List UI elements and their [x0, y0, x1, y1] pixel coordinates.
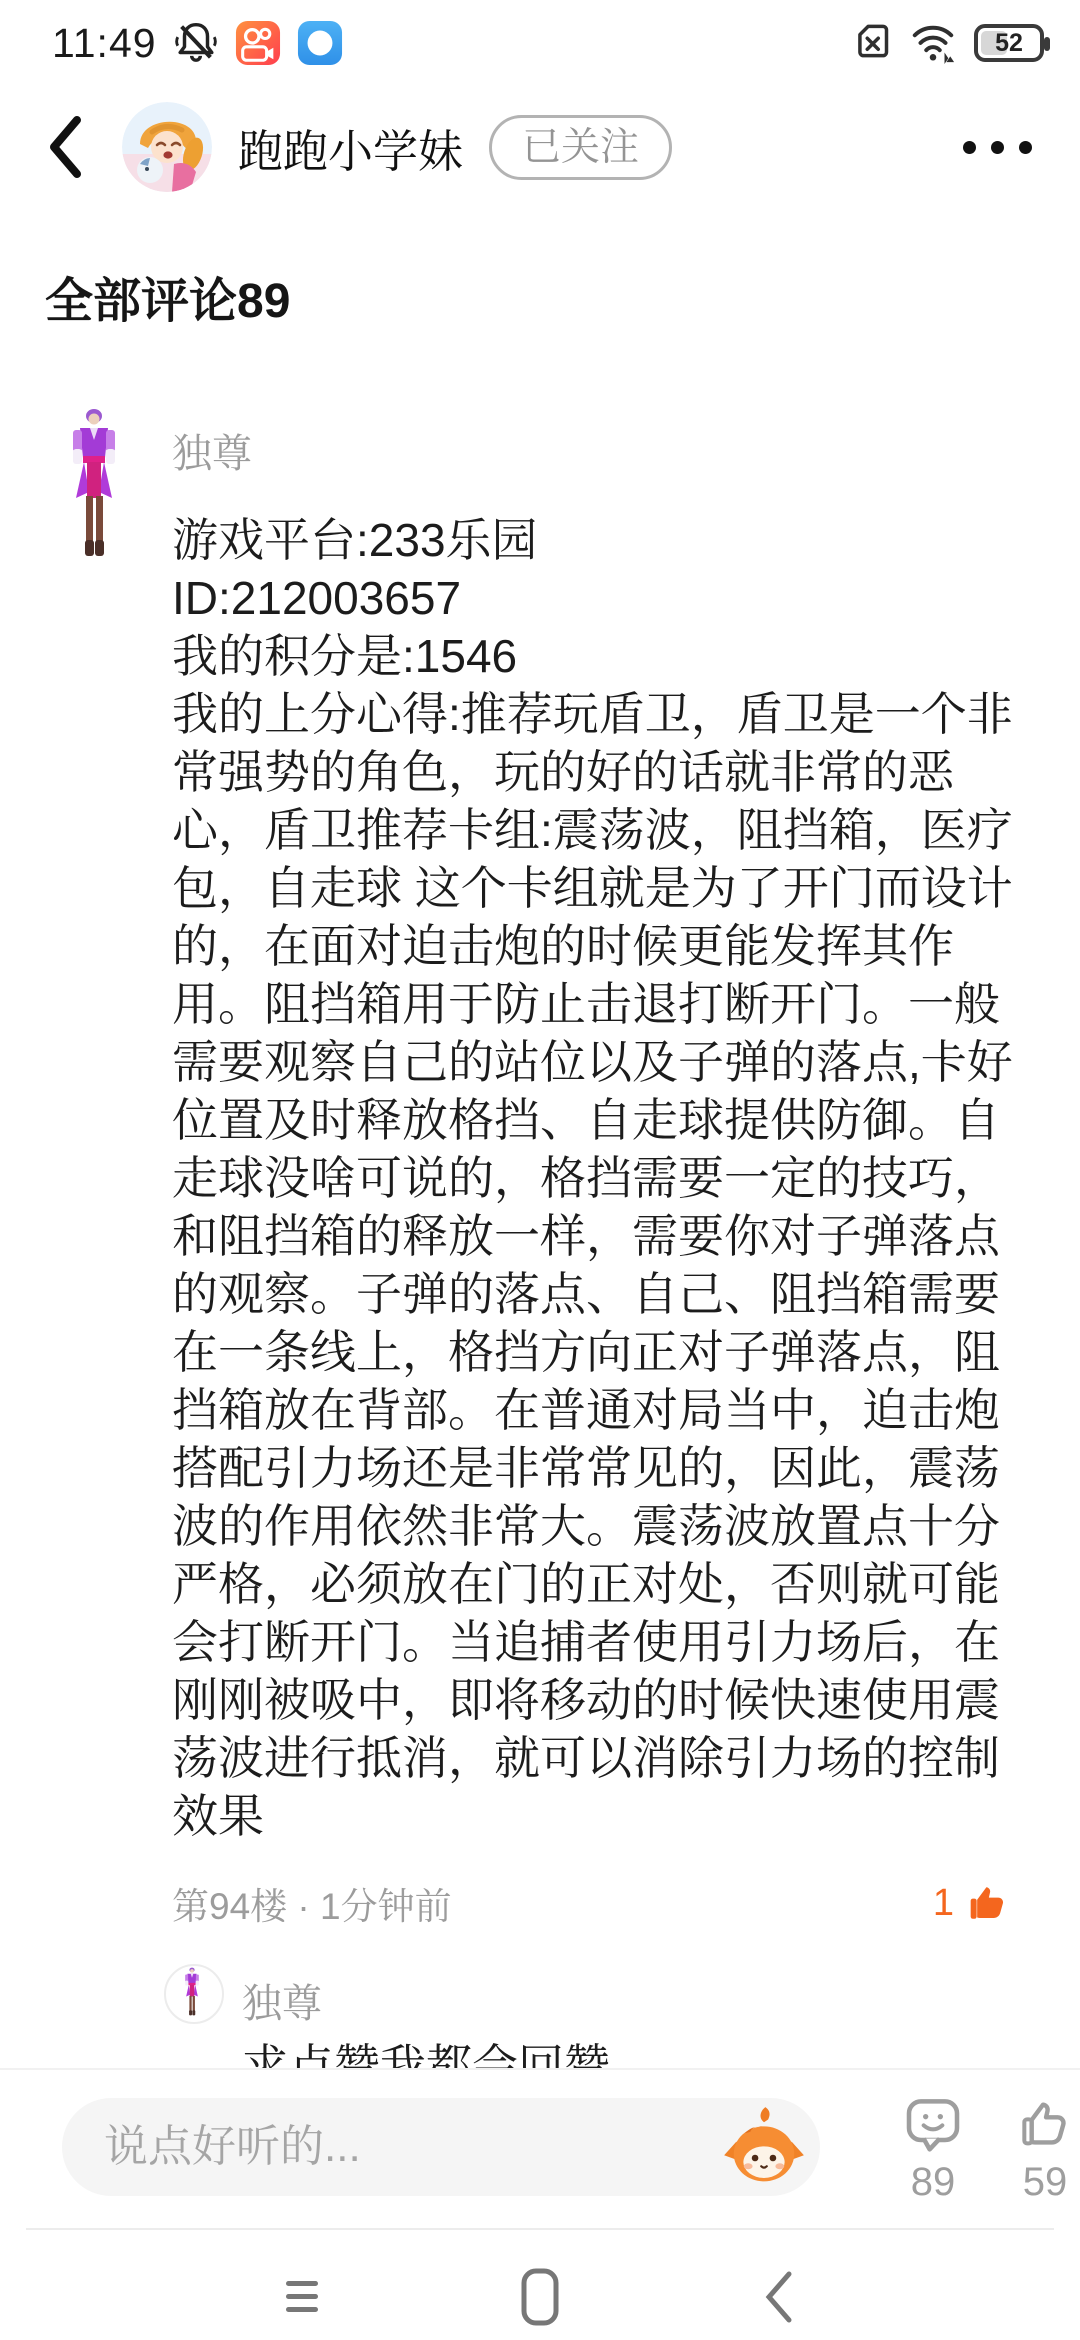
status-bar-right: 52	[848, 18, 1052, 69]
battery-indicator: 52	[974, 24, 1044, 62]
poster-avatar[interactable]	[122, 102, 212, 192]
comment-like-count: 1	[933, 1882, 954, 1925]
muted-bell-icon	[173, 18, 219, 69]
likes-count: 59	[1023, 2160, 1068, 2205]
comment-bubble-icon	[901, 2092, 965, 2156]
likes-count-button[interactable]: 59	[1000, 2092, 1080, 2205]
commenter-username[interactable]: 独尊	[172, 402, 1018, 479]
floor-and-timestamp: 第94楼 · 1分钟前	[172, 1876, 452, 1930]
comments-section-title: 全部评论89	[45, 262, 290, 331]
more-options-button[interactable]	[959, 131, 1036, 164]
comment-input[interactable]	[102, 2121, 720, 2173]
nav-home-button[interactable]	[514, 2266, 566, 2328]
divider	[26, 2228, 1054, 2230]
comments-count: 89	[911, 2160, 956, 2205]
reply-username[interactable]: 独尊	[242, 1972, 322, 2029]
mascot-emoji-button[interactable]	[720, 2103, 808, 2191]
reply-avatar[interactable]	[164, 1964, 224, 2024]
back-chevron-icon	[761, 2269, 795, 2325]
ellipsis-icon	[963, 141, 976, 154]
comment-content: 独尊 游戏平台:233乐园 ID:212003657 我的积分是:1546 我的…	[172, 402, 1018, 1933]
android-nav-bar	[0, 2252, 1080, 2340]
follow-button[interactable]: 已关注	[489, 115, 672, 180]
back-button[interactable]	[44, 112, 96, 182]
comment-like-button[interactable]: 1	[929, 1873, 1018, 1933]
clock: 11:49	[52, 20, 157, 67]
ellipsis-icon	[1019, 141, 1032, 154]
ellipsis-icon	[991, 141, 1004, 154]
chevron-left-icon	[44, 114, 84, 180]
blue-app-icon	[297, 20, 343, 66]
screen: 11:49	[0, 0, 1080, 2340]
wifi-icon	[908, 18, 958, 69]
menu-icon	[282, 2275, 322, 2319]
header: 跑跑小学妹 已关注	[0, 92, 1080, 202]
home-icon	[517, 2267, 563, 2327]
kuaishou-app-icon	[235, 20, 281, 66]
thumb-up-outline-icon	[1013, 2092, 1077, 2156]
nav-back-button[interactable]	[752, 2266, 804, 2328]
bottom-bar: 89 59	[0, 2068, 1080, 2340]
commenter-avatar[interactable]	[68, 404, 120, 564]
battery-nub	[1044, 37, 1050, 51]
poster-username[interactable]: 跑跑小学妹	[238, 115, 463, 180]
battery-percent: 52	[978, 28, 1040, 58]
comment-input-pill[interactable]	[62, 2098, 820, 2196]
comment-meta-row: 第94楼 · 1分钟前 1	[172, 1873, 1018, 1933]
comment-body-text: 游戏平台:233乐园 ID:212003657 我的积分是:1546 我的上分心…	[172, 511, 1018, 1845]
status-bar-left: 11:49	[52, 18, 343, 69]
comments-count-button[interactable]: 89	[888, 2092, 978, 2205]
status-bar: 11:49	[0, 0, 1080, 80]
no-sim-icon	[848, 19, 892, 68]
comment-item: 独尊 游戏平台:233乐园 ID:212003657 我的积分是:1546 我的…	[0, 402, 1080, 1933]
thumb-up-filled-icon	[962, 1877, 1014, 1929]
nav-menu-button[interactable]	[276, 2266, 328, 2328]
